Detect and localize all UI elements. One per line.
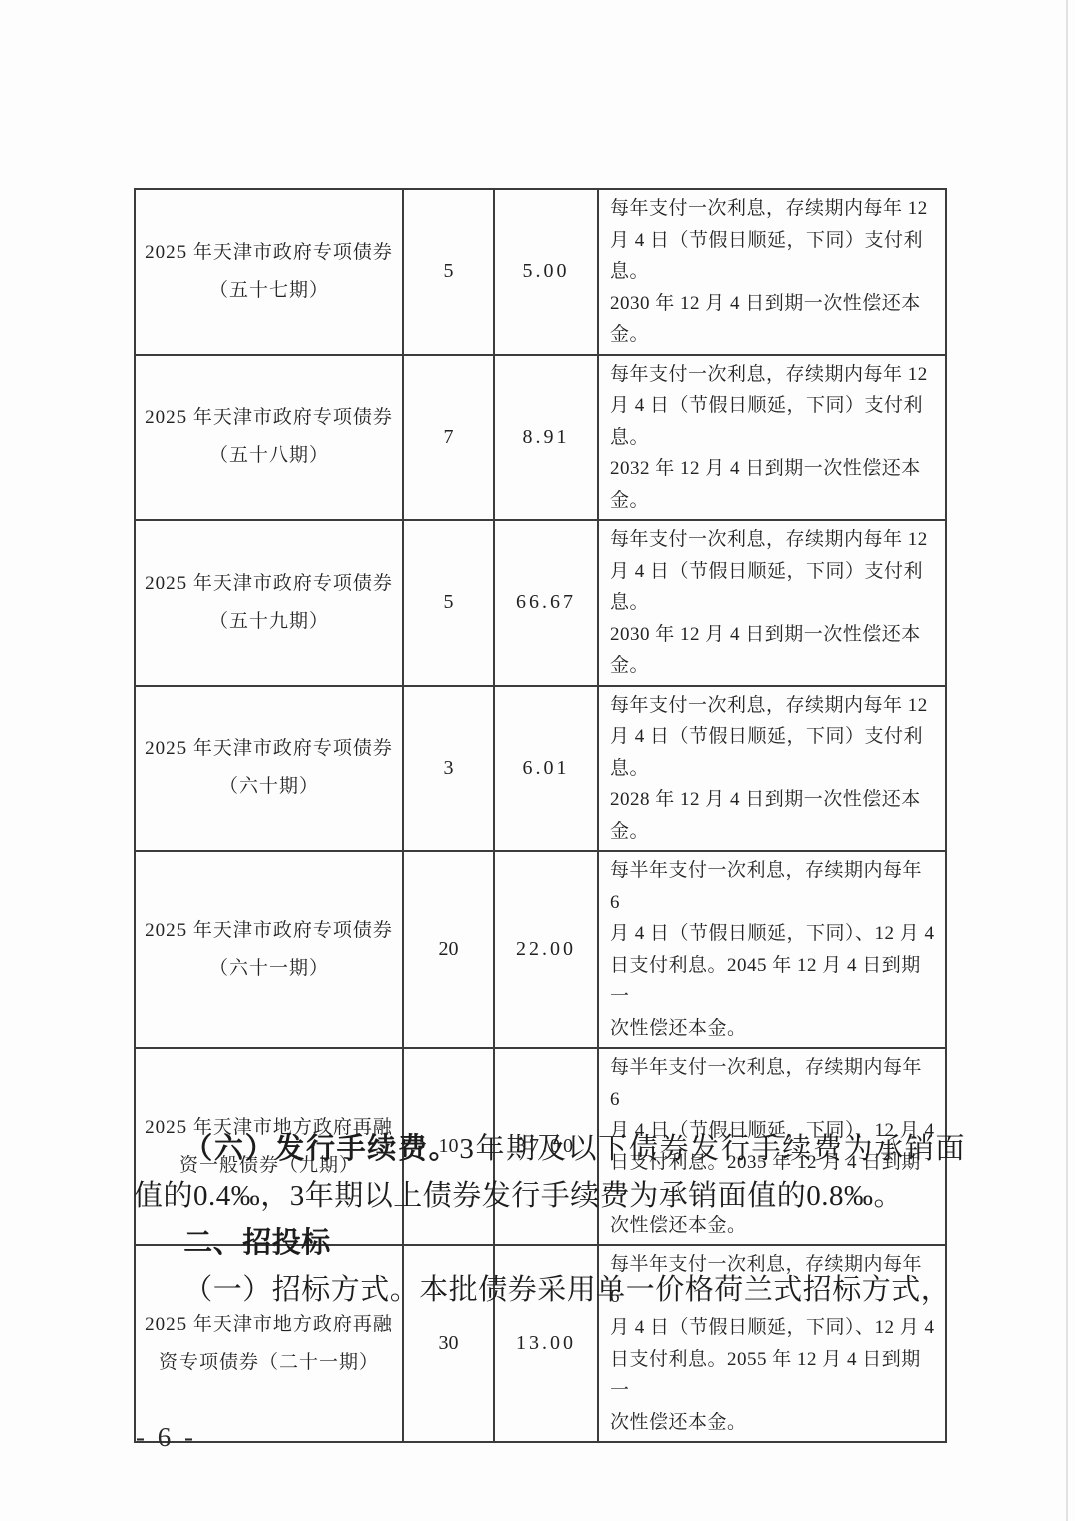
bond-amount-cell: 8.91 bbox=[494, 355, 598, 521]
table-row: 2025 年天津市政府专项债券 （五十九期） 5 66.67 每年支付一次利息，… bbox=[135, 520, 946, 686]
table-row: 2025 年天津市政府专项债券 （五十八期） 7 8.91 每年支付一次利息，存… bbox=[135, 355, 946, 521]
bond-name-cell: 2025 年天津市政府专项债券 （五十七期） bbox=[135, 189, 403, 355]
bond-term-cell: 5 bbox=[403, 189, 494, 355]
bond-name-cell: 2025 年天津市政府专项债券 （五十八期） bbox=[135, 355, 403, 521]
bond-amount-cell: 66.67 bbox=[494, 520, 598, 686]
bond-name-cell: 2025 年天津市政府专项债券 （五十九期） bbox=[135, 520, 403, 686]
bond-amount-cell: 22.00 bbox=[494, 851, 598, 1048]
bond-amount-cell: 6.01 bbox=[494, 686, 598, 852]
bond-term-cell: 5 bbox=[403, 520, 494, 686]
section-heading: 二、招投标 bbox=[134, 1220, 965, 1267]
bond-term-cell: 20 bbox=[403, 851, 494, 1048]
bond-term-cell: 3 bbox=[403, 686, 494, 852]
bond-payment-terms-cell: 每年支付一次利息，存续期内每年 12 月 4 日（节假日顺延，下同）支付利息。 … bbox=[598, 686, 946, 852]
bond-payment-terms-cell: 每年支付一次利息，存续期内每年 12 月 4 日（节假日顺延，下同）支付利息。 … bbox=[598, 355, 946, 521]
bidding-paragraph: （一）招标方式。本批债券采用单一价格荷兰式招标方式， bbox=[134, 1267, 965, 1314]
bond-payment-terms-cell: 每年支付一次利息，存续期内每年 12 月 4 日（节假日顺延，下同）支付利息。 … bbox=[598, 189, 946, 355]
bond-name-cell: 2025 年天津市政府专项债券 （六十一期） bbox=[135, 851, 403, 1048]
bond-payment-terms-cell: 每半年支付一次利息，存续期内每年 6 月 4 日（节假日顺延，下同）、12 月 … bbox=[598, 851, 946, 1048]
bond-name-cell: 2025 年天津市政府专项债券 （六十期） bbox=[135, 686, 403, 852]
table-row: 2025 年天津市政府专项债券 （六十一期） 20 22.00 每半年支付一次利… bbox=[135, 851, 946, 1048]
table-row: 2025 年天津市政府专项债券 （六十期） 3 6.01 每年支付一次利息，存续… bbox=[135, 686, 946, 852]
scan-edge-artifact bbox=[1066, 0, 1068, 1521]
page-number: - 6 - bbox=[136, 1422, 196, 1453]
bond-amount-cell: 5.00 bbox=[494, 189, 598, 355]
bond-payment-terms-cell: 每年支付一次利息，存续期内每年 12 月 4 日（节假日顺延，下同）支付利息。 … bbox=[598, 520, 946, 686]
fee-paragraph: （六）发行手续费。3年期及以下债券发行手续费为承销面值的0.4‰，3年期以上债券… bbox=[134, 1126, 965, 1220]
document-page: 2025 年天津市政府专项债券 （五十七期） 5 5.00 每年支付一次利息，存… bbox=[0, 0, 1075, 1521]
body-text: （六）发行手续费。3年期及以下债券发行手续费为承销面值的0.4‰，3年期以上债券… bbox=[134, 1126, 965, 1314]
bond-term-cell: 7 bbox=[403, 355, 494, 521]
fee-heading: （六）发行手续费。 bbox=[183, 1133, 459, 1165]
table-row: 2025 年天津市政府专项债券 （五十七期） 5 5.00 每年支付一次利息，存… bbox=[135, 189, 946, 355]
